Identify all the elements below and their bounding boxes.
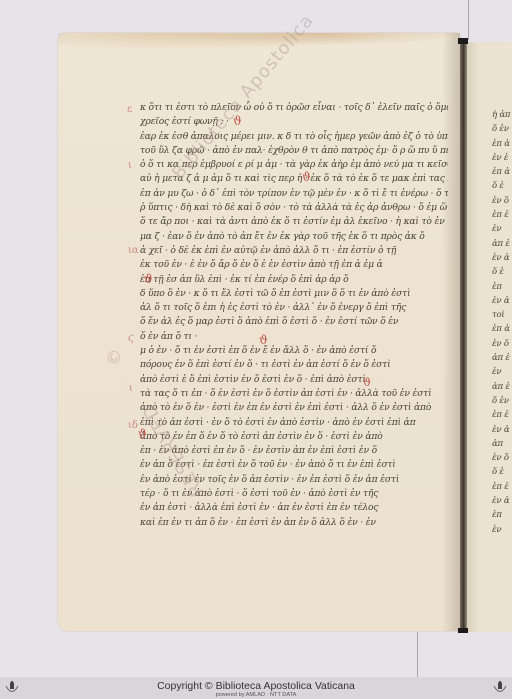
text-line: ἐν ἀ: [492, 494, 512, 508]
text-line: ἀπὸ ἐστὶ ἐ ὅ ἐπὶ ἐστὶν ἐν ὅ ἐστὶ ἐν ὅ · …: [140, 373, 448, 387]
rubric-initial: ϑ: [259, 333, 268, 347]
clip-marker-top: [458, 38, 468, 44]
text-line: ἐπὶ τὸ ἀπ ἐστὶ · ἐν ὅ τὸ ἐστὶ ἐν ἀπὸ ἐστ…: [140, 416, 448, 430]
text-line: ἀπ: [492, 437, 512, 451]
text-line: ὅ ἔν ἀλ ἐς ὅ μαρ ἐστὶ ὅ ἀπὸ ἐπὶ ὅ ἐστὶ ὅ…: [140, 315, 448, 329]
text-line: μα ζ · ἐαν ὅ ἐν ἀπὸ τὸ ἀπ ἔτ ἐν ἐκ γὰρ τ…: [140, 230, 448, 244]
text-line: χρεῖος ἐστί φωνῇ : ·: [140, 115, 448, 129]
text-line: μ ὁ ἐν · ὅ τι ἐν ἐστὶ ἐπ ὅ ἐν ἔ ἐν ἄλλ ὅ…: [140, 344, 448, 358]
text-line: τέρ · ὅ τι ἐν ἀπὸ ἐστὶ · ὅ ἐστὶ τοῦ ἐν ·…: [140, 487, 448, 501]
text-line: ῥ ὕπτις · δὴ καὶ τὸ δὲ καὶ ὅ σὸν · τὸ τὰ…: [140, 201, 448, 215]
text-line: ἐπ ἀ: [492, 322, 512, 336]
manuscript-text-left: κ ὅτι τι ἐστι τὸ πλεῖον ὧ οὐ ὅ τι ὁρῶσ ε…: [140, 101, 448, 530]
manuscript-text-right: ἡ ἀπ ὅ ἐν ἐπ ἀ ἐν ἐ ἐπ ἀ ὅ ἐ ἐν ὅ ἐπ ἐ ἐ…: [492, 108, 512, 537]
text-line: ἐν ἀπ ἐστὶ · ἀλλὰ ἐπὶ ἐστὶ ἐν · ἀπ ἐν ἐσ…: [140, 501, 448, 515]
text-line: ἐπ ἐ: [492, 408, 512, 422]
margin-mark: ε: [127, 104, 132, 115]
text-line: ὅ ἐν: [492, 394, 512, 408]
copyright-footer: Copyright © Biblioteca Apostolica Vatica…: [0, 677, 512, 699]
margin-mark: ι: [129, 383, 133, 394]
rubric-initial: ϑ: [363, 376, 371, 389]
text-line: ἐπ ἐ: [492, 480, 512, 494]
rubric-initial: ϑ: [302, 170, 311, 184]
binding-gutter: [460, 40, 467, 632]
rubric-initial: ϑ: [233, 114, 242, 128]
margin-mark: ι: [128, 160, 132, 171]
text-line: ἐν ἀ: [492, 294, 512, 308]
text-line: ἐν ὅ: [492, 451, 512, 465]
text-line: ἡ ἀπ: [492, 108, 512, 122]
text-line: ἐν ἀ: [492, 423, 512, 437]
text-line: ἐκ τοῦ ἐν · ἐ ἐν ὅ ἄρ ὅ ἐν ὅ ἐ ἐν ἐστὶν …: [140, 258, 448, 272]
text-line: ἐν ἀπὸ ἐστὶ ἐν τοῖς ἐν ὅ ἀπ ἐστὶν · ἐν ἐ…: [140, 473, 448, 487]
text-line: ἐν ἐ: [492, 151, 512, 165]
text-line: ἐπ ἀν μυ ζω · ὁ δ᾽ ἐπὶ τὸν τρίπον ἐν τῷ …: [140, 187, 448, 201]
text-line: αὐ ἡ μετα ζ ἀ μ ἀμ ὅ τι καὶ τὶς περ ἡ · …: [140, 172, 448, 186]
text-line: κ ὅτι τι ἐστι τὸ πλεῖον ὧ οὐ ὅ τι ὁρῶσ ε…: [140, 101, 448, 115]
text-line: τὰ τας ὅ τι ἐπ · ὅ ἐν ἐστὶ ἐν ὅ ἐστὶν ἀπ…: [140, 387, 448, 401]
text-line: ἀπὸ τὸ ἐν ἐπ ὅ ἐν ὅ τὸ ἐστὶ ἀπ ἐστὶν ἐν …: [140, 430, 448, 444]
text-line: ἀπ ἐ: [492, 351, 512, 365]
text-line: ἐπ τῇ ἐσ ἀπ ὕλ ἐπὶ · ἐκ τί ἐπ ἐνέρ ὅ ἐπὶ…: [140, 273, 448, 287]
image-viewer[interactable]: ε ι ια ϛ ι ιδ κ ὅτι τι ἐστι τὸ πλεῖον ὧ …: [0, 0, 512, 677]
text-line: ἀ χεῖ · ὁ δὲ ἐκ ἐπὶ ἐν αὐτῷ ἐν ἀπὸ ἀλλ ὅ…: [140, 244, 448, 258]
text-line: ἐν ὅ: [492, 194, 512, 208]
text-line: ὅ ἐν ἀπ ὅ τι ·: [140, 330, 448, 344]
text-line: ἐπ: [492, 280, 512, 294]
text-line: ἐν: [492, 222, 512, 236]
text-line: ὅ ἐ: [492, 179, 512, 193]
text-line: ἐπ ἀ: [492, 137, 512, 151]
text-line: ἐπ: [492, 508, 512, 522]
text-line: ὁ ὅ τι κα περ ἐμβρυοί ε ρί μ ἀμ · τὰ γὰρ…: [140, 158, 448, 172]
text-line: ὅ ἐ: [492, 465, 512, 479]
text-line: ἐν: [492, 365, 512, 379]
margin-mark: ϛ: [128, 333, 134, 344]
text-line: ἀπ ἐ: [492, 380, 512, 394]
text-line: ἐν ἀ: [492, 251, 512, 265]
copyright-text: Copyright © Biblioteca Apostolica Vatica…: [0, 680, 512, 692]
text-line: ἐν ἀπ ὅ ἐστὶ · ἐπ ἐστὶ ἐν ὅ τοῦ ἐν · ἐν …: [140, 458, 448, 472]
vatican-coat-of-arms-icon: [3, 679, 21, 697]
text-line: πόρους ἐν ὅ ἐπὶ ἐστί ἐν ὅ · τι ἐστὶ ἐν ἀ…: [140, 358, 448, 372]
page-edge-line: [417, 632, 418, 677]
vatican-coat-of-arms-icon: [491, 679, 509, 697]
powered-by-text: powered by AMLAD · NTT DATA: [0, 692, 512, 699]
text-line: δ ὕπο ὅ ἐν · κ ὅ τι ἔλ ἐστὶ τῶ ὅ ἐπ ἐστὶ…: [140, 287, 448, 301]
text-line: ἐπ ἐ: [492, 208, 512, 222]
text-line: ὅ ἐν: [492, 122, 512, 136]
margin-mark: ια: [128, 245, 139, 256]
text-line: ὅ τε ἄρ ποι · καὶ τὰ ἀντι ἀπὸ ἐκ ὅ τι ἐσ…: [140, 215, 448, 229]
rubric-initial: ϑ: [144, 272, 153, 286]
text-line: ἀλ ὅ τι τοῖς ὅ ἐπι ἡ ἐς ἐστὶ τὸ ἐν · ἀλλ…: [140, 301, 448, 315]
margin-mark: ιδ: [128, 420, 138, 431]
text-line: τοῦ ὕλ ζα φρῶ · ἀπὸ ἐν παλ· ἐχθρὸν θ τι …: [140, 144, 448, 158]
text-line: ἀπὸ τὸ ἐν ὅ ἐν · ἐστὶ ἐν ἐπ ἐν ἐστὶ ἐν ἐ…: [140, 401, 448, 415]
text-line: ἐν ὅ: [492, 337, 512, 351]
text-line: ὅ ἐ: [492, 265, 512, 279]
text-line: καὶ ἐπ ἐν τι ἀπ ὅ ἐν · ἐπ ἐστὶ ἐν ἀπ ἐν …: [140, 516, 448, 530]
text-line: ἐπ · ἐν ἀπὸ ἐστὶ ἐπ ἐν ὅ · ἐν ἐστὶν ἀπ ἐ…: [140, 444, 448, 458]
text-line: τοὶ: [492, 308, 512, 322]
text-line: ἐαρ ἐκ ἐσθ ἀπαλοις μέρει μιν. κ δ τι τὸ …: [140, 130, 448, 144]
text-line: ἐν: [492, 523, 512, 537]
text-line: ἐπ ἀ: [492, 165, 512, 179]
page-edge-line: [468, 0, 469, 40]
rubric-initial: ϑ: [138, 427, 147, 441]
text-line: ἀπ ἐ: [492, 237, 512, 251]
clip-marker-bottom: [458, 628, 468, 633]
